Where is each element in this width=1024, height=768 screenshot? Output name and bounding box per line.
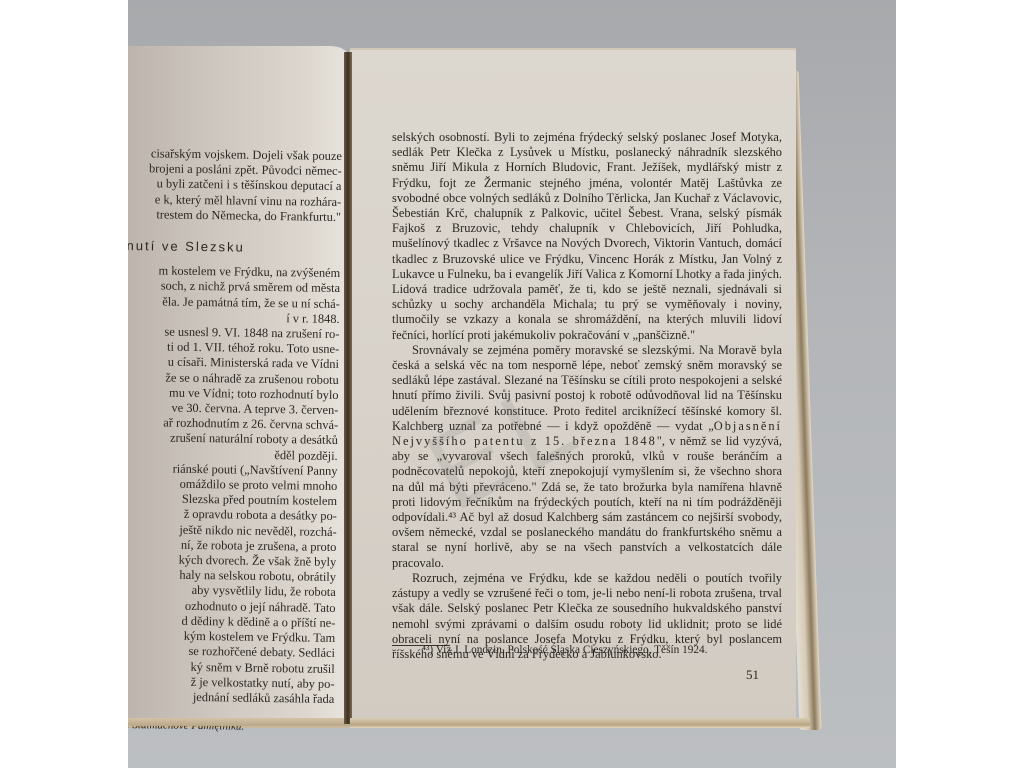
book-photo: cisařským vojskem. Dojeli však pouze bro… <box>128 0 896 768</box>
right-page-bottom-edge <box>350 718 810 728</box>
left-page-edge <box>128 718 352 726</box>
right-page-text: selských osobností. Byli to zejména frýd… <box>392 130 782 662</box>
right-page: selských osobností. Byli to zejména frýd… <box>350 48 796 722</box>
text-line: jednání sedláků zasáhla řada <box>128 689 334 707</box>
section-heading: nutí ve Slezsku <box>128 238 341 256</box>
text-line: trestem do Německa, do Frankfurtu." <box>128 207 341 225</box>
book-gutter <box>344 52 352 724</box>
left-page-text: cisařským vojskem. Dojeli však pouze bro… <box>128 146 342 736</box>
left-page: cisařským vojskem. Dojeli však pouze bro… <box>128 46 348 726</box>
footnote: ⁴³) Viz J. Londzin, Polskość Śląska Cies… <box>422 644 708 656</box>
page-number: 51 <box>746 667 759 683</box>
paragraph: selských osobností. Byli to zejména frýd… <box>392 130 782 343</box>
